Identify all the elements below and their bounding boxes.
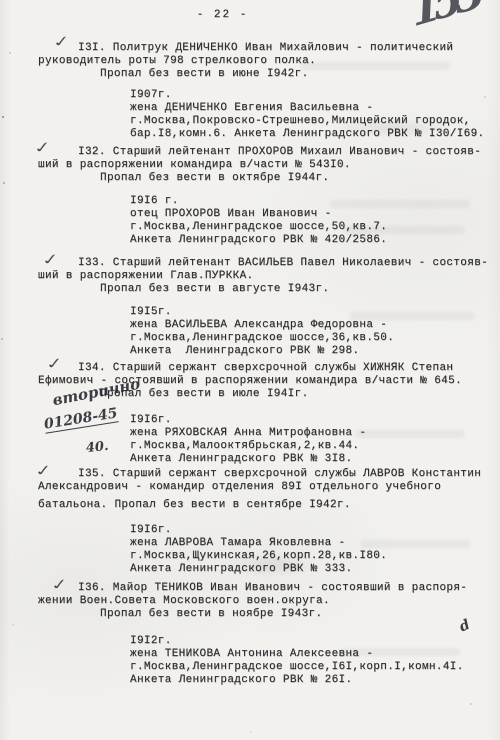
entry-line: Александрович - командир отделения 89I о… xyxy=(0,481,500,494)
entry-133: I33. Старший лейтенант ВАСИЛЬЕВ Павел Ни… xyxy=(0,257,500,296)
family-line: г.Москва,Щукинская,26,корп.28,кв.I80. xyxy=(0,550,500,563)
family-line: I907г. xyxy=(0,89,500,102)
family-line: жена ДЕНИЧЕНКО Евгения Васильевна - xyxy=(0,102,500,115)
entry-line: ший в распоряжении Глав.ПУРККА. xyxy=(0,270,500,283)
family-line: Анкета Ленинградского РВК № 298. xyxy=(0,345,500,358)
scanned-document-page: - 22 - 153 ✓ ✓ ✓ ✓ ✓ ✓ вторично 01208-45… xyxy=(0,0,500,740)
entry-135-family: I9I6г. жена ЛАВРОВА Тамара Яковлевна - г… xyxy=(0,524,500,576)
family-line: г.Москва,Покровско-Стрешнево,Милицейский… xyxy=(0,115,500,128)
entry-line: Пропал без вести в августе I943г. xyxy=(0,283,500,296)
entry-133-family: I9I5г. жена ВАСИЛЬЕВА Александра Федоров… xyxy=(0,306,500,358)
entry-132-family: I9I6 г. отец ПРОХОРОВ Иван Иванович - г.… xyxy=(0,195,500,247)
entry-line: батальона. Пропал без вести в сентябре I… xyxy=(0,499,500,512)
entry-132: I32. Старший лейтенант ПРОХОРОВ Михаил И… xyxy=(0,146,500,185)
entry-135: I35. Старший сержант сверхсрочной службы… xyxy=(0,468,500,512)
family-line: г.Москва,Ленинградское шоссе,I6I,корп.I,… xyxy=(0,661,500,674)
family-line: жена ВАСИЛЬЕВА Александра Федоровна - xyxy=(0,319,500,332)
family-line: бар.I8,комн.6. Анкета Ленинградского РВК… xyxy=(0,128,500,141)
family-line: г.Москва,Ленинградское шоссе,50,кв.7. xyxy=(0,221,500,234)
entry-131: I3I. Политрук ДЕНИЧЕНКО Иван Михайлович … xyxy=(0,42,500,81)
entry-line: ший в распоряжении командира в/части № 5… xyxy=(0,159,500,172)
family-line: отец ПРОХОРОВ Иван Иванович - xyxy=(0,208,500,221)
family-line: жена ЛАВРОВА Тамара Яковлевна - xyxy=(0,537,500,550)
entry-line: I33. Старший лейтенант ВАСИЛЬЕВ Павел Ни… xyxy=(0,257,500,270)
handwritten-page-number: 153 xyxy=(410,0,477,18)
entry-131-family: I907г. жена ДЕНИЧЕНКО Евгения Васильевна… xyxy=(0,89,500,141)
entry-line: жении Воен.Совета Московского воен.округ… xyxy=(0,595,500,608)
family-line: I9I2г. xyxy=(0,635,500,648)
family-line: I9I5г. xyxy=(0,306,500,319)
entry-line: Пропал без вести в июле I94Iг. xyxy=(0,388,500,401)
entry-line: Ефимович - состоявший в распоряжении ком… xyxy=(0,375,500,388)
entry-line: I34. Старший сержант сверхсрочной службы… xyxy=(0,362,500,375)
family-line: Анкета Ленинградского РВК № 333. xyxy=(0,563,500,576)
family-line: I9I6г. xyxy=(0,414,500,427)
family-line: жена РЯХОВСКАЯ Анна Митрофановна - xyxy=(0,427,500,440)
entry-line: I35. Старший сержант сверхсрочной службы… xyxy=(0,468,500,481)
entry-134: I34. Старший сержант сверхсрочной службы… xyxy=(0,362,500,401)
entry-line: Пропал без вести в июне I942г. xyxy=(0,68,500,81)
family-line: I9I6 г. xyxy=(0,195,500,208)
entry-line: I3I. Политрук ДЕНИЧЕНКО Иван Михайлович … xyxy=(0,42,500,55)
entry-line: I32. Старший лейтенант ПРОХОРОВ Михаил И… xyxy=(0,146,500,159)
family-line: Анкета Ленинградского РВК № 26I. xyxy=(0,674,500,687)
entry-line: Пропал без вести в ноябре I943г. xyxy=(0,608,500,621)
entry-136-family: I9I2г. жена ТЕНИКОВА Антонина Алексеевна… xyxy=(0,635,500,687)
family-line: Анкета Ленинградского РВК № 420/2586. xyxy=(0,234,500,247)
entry-line: руководитель роты 798 стрелкового полка. xyxy=(0,55,500,68)
paper-speckles xyxy=(0,0,2,2)
family-line: жена ТЕНИКОВА Антонина Алексеевна - xyxy=(0,648,500,661)
page-number: - 22 - xyxy=(0,9,445,22)
entry-134-family: I9I6г. жена РЯХОВСКАЯ Анна Митрофановна … xyxy=(0,414,500,466)
family-line: г.Москва,Малооктябрьская,2,кв.44. xyxy=(0,440,500,453)
family-line: Анкета Ленинградского РВК № 3I8. xyxy=(0,453,500,466)
family-line: г.Москва,Ленинградское шоссе,36,кв.50. xyxy=(0,332,500,345)
entry-136: I36. Майор ТЕНИКОВ Иван Иванович - состо… xyxy=(0,582,500,621)
entry-line: I36. Майор ТЕНИКОВ Иван Иванович - состо… xyxy=(0,582,500,595)
family-line: I9I6г. xyxy=(0,524,500,537)
entry-line: Пропал без вести в октябре I944г. xyxy=(0,172,500,185)
